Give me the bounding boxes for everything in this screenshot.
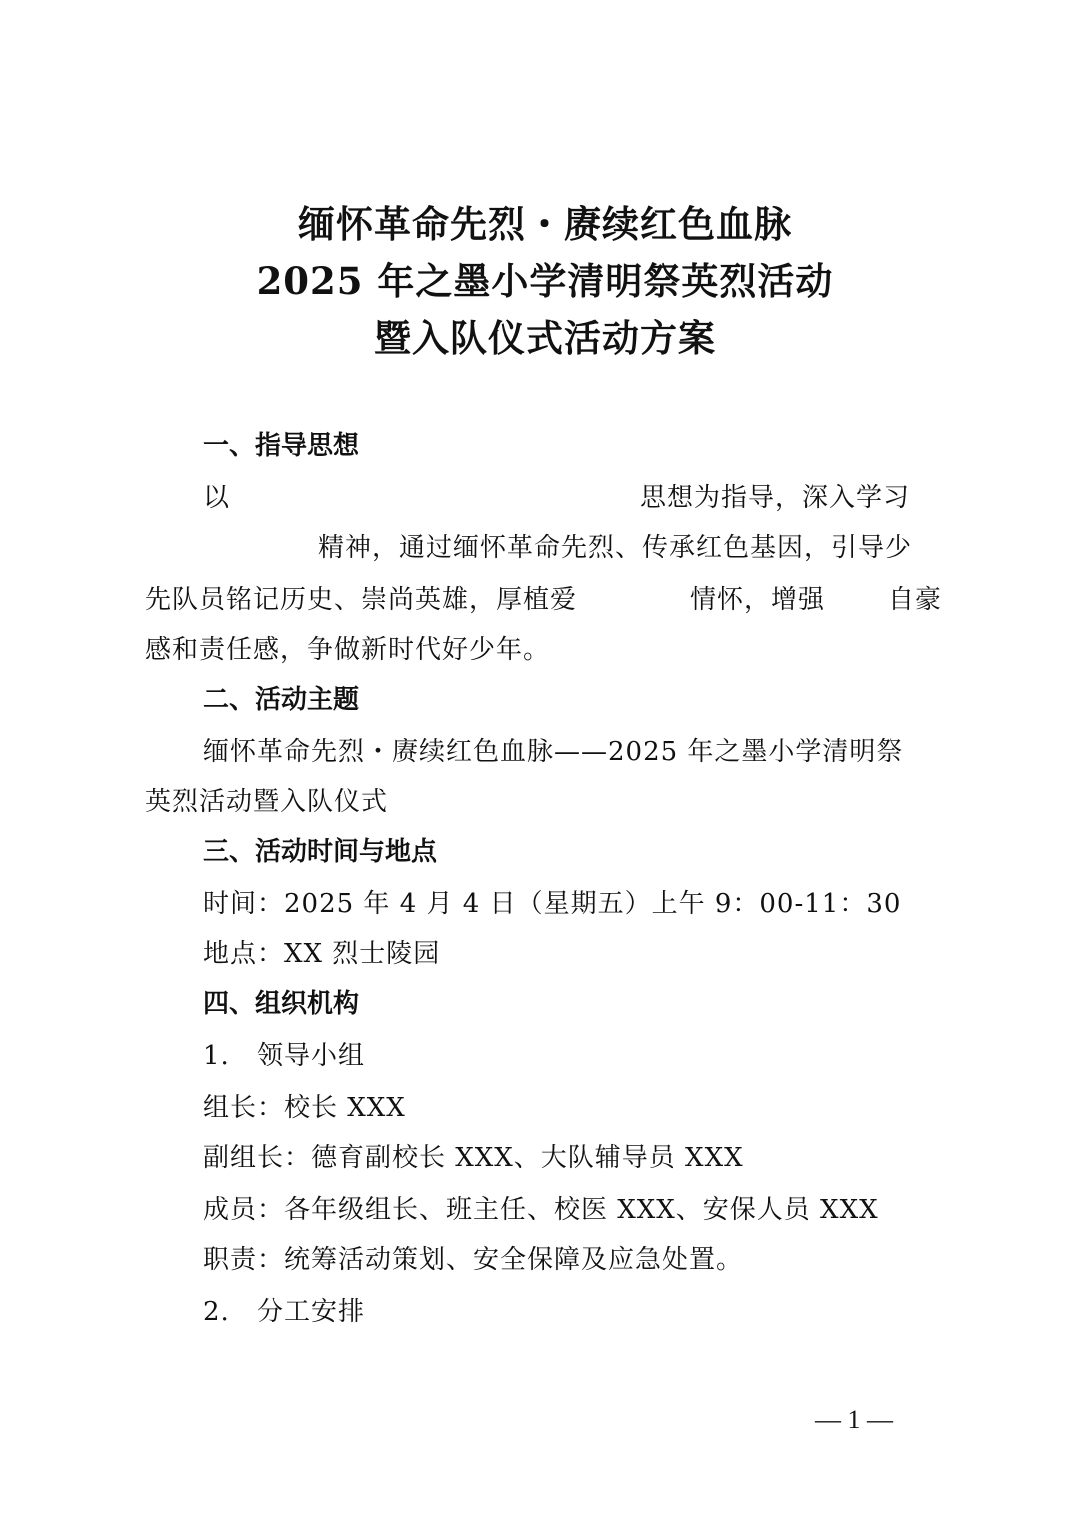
- subsection-heading-leadership-group: 1.领导小组: [203, 1038, 365, 1074]
- deputy-leader-line: 副组长：德育副校长 XXX、大队辅导员 XXX: [203, 1140, 744, 1176]
- subsection-heading-division-of-labor: 2.分工安排: [203, 1294, 365, 1330]
- subsection-title: 分工安排: [257, 1297, 365, 1327]
- paragraph-line: 先队员铭记历史、崇尚英雄，厚植爱: [145, 582, 577, 618]
- section-heading-time-location: 三、活动时间与地点: [203, 834, 437, 870]
- responsibilities-line: 职责：统筹活动策划、安全保障及应急处置。: [203, 1242, 743, 1278]
- subsection-number: 1.: [203, 1038, 257, 1074]
- paragraph-line: 感和责任感，争做新时代好少年。: [145, 632, 550, 668]
- paragraph-line: 英烈活动暨入队仪式: [145, 784, 388, 820]
- paragraph-line: 情怀，增强: [690, 582, 825, 618]
- document-title: 缅怀革命先烈・赓续红色血脉 2025 年之墨小学清明祭英烈活动 暨入队仪式活动方…: [0, 196, 1080, 367]
- section-heading-activity-theme: 二、活动主题: [203, 682, 359, 718]
- paragraph-line: 以: [203, 480, 230, 516]
- title-line-1: 缅怀革命先烈・赓续红色血脉: [0, 196, 1080, 253]
- members-line: 成员：各年级组长、班主任、校医 XXX、安保人员 XXX: [203, 1192, 879, 1228]
- section-heading-organization: 四、组织机构: [203, 986, 359, 1022]
- location-line: 地点：XX 烈士陵园: [203, 936, 440, 972]
- time-line: 时间：2025 年 4 月 4 日（星期五）上午 9：00-11：30: [203, 886, 901, 922]
- paragraph-line: 自豪: [888, 582, 942, 618]
- subsection-number: 2.: [203, 1294, 257, 1330]
- paragraph-line: 思想为指导，深入学习: [640, 480, 910, 516]
- title-line-3: 暨入队仪式活动方案: [0, 310, 1080, 367]
- subsection-title: 领导小组: [257, 1041, 365, 1071]
- section-heading-guiding-ideology: 一、指导思想: [203, 428, 359, 464]
- paragraph-line: 缅怀革命先烈・赓续红色血脉——2025 年之墨小学清明祭: [203, 734, 903, 770]
- title-line-2: 2025 年之墨小学清明祭英烈活动: [0, 253, 1080, 310]
- document-page: 缅怀革命先烈・赓续红色血脉 2025 年之墨小学清明祭英烈活动 暨入队仪式活动方…: [0, 0, 1080, 1527]
- paragraph-line: 精神，通过缅怀革命先烈、传承红色基因，引导少: [318, 530, 912, 566]
- group-leader-line: 组长：校长 XXX: [203, 1090, 406, 1126]
- page-number: — 1 —: [815, 1405, 893, 1435]
